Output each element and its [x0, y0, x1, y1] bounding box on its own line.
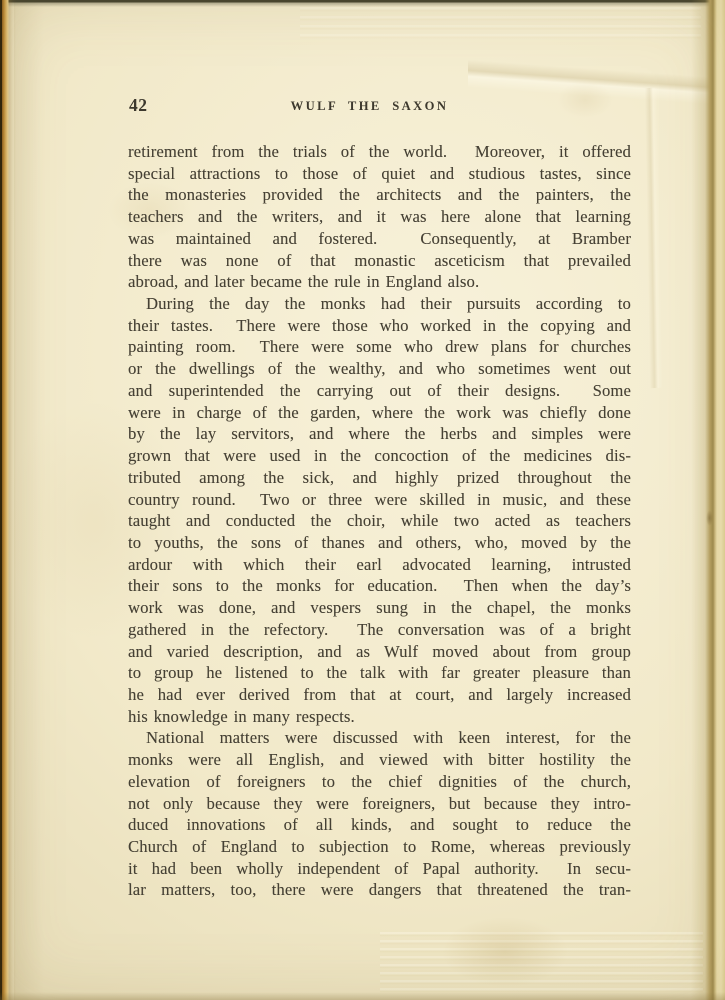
text-line: monks were all English, and viewed with …: [128, 749, 631, 771]
running-header: 42 WULF THE SAXON: [128, 97, 631, 116]
text-line: he had ever derived from that at court, …: [128, 684, 631, 706]
paragraph: retirement from the trials of the world.…: [128, 141, 631, 293]
text-line: grown that were used in the concoction o…: [128, 445, 631, 467]
text-line: National matters were discussed with kee…: [128, 727, 631, 749]
text-line: not only because they were foreigners, b…: [128, 793, 631, 815]
running-header-title: WULF THE SAXON: [128, 99, 611, 114]
text-line: his knowledge in many respects.: [128, 706, 631, 728]
text-line: the monasteries provided the architects …: [128, 184, 631, 206]
text-line: country round. Two or three were skilled…: [128, 489, 631, 511]
text-line: Church of England to subjection to Rome,…: [128, 836, 631, 858]
text-line: there was none of that monastic ascetici…: [128, 250, 631, 272]
paragraph: During the day the monks had their pursu…: [128, 293, 631, 727]
text-line: to youths, the sons of thanes and others…: [128, 532, 631, 554]
text-line: work was done, and vespers sung in the c…: [128, 597, 631, 619]
text-line: ardour with which their earl advocated l…: [128, 554, 631, 576]
page-number: 42: [129, 95, 148, 116]
book-page-scan: 42 WULF THE SAXON retirement from the tr…: [0, 0, 725, 1000]
body-text: retirement from the trials of the world.…: [128, 141, 631, 901]
text-line: During the day the monks had their pursu…: [128, 293, 631, 315]
text-line: teachers and the writers, and it was her…: [128, 206, 631, 228]
page-corner-crease: [468, 58, 725, 106]
binding-shadow: [14, 0, 44, 1000]
text-line: taught and conducted the choir, while tw…: [128, 510, 631, 532]
text-line: it had been wholly independent of Papal …: [128, 858, 631, 880]
text-line: lar matters, too, there were dangers tha…: [128, 879, 631, 901]
text-line: and superintended the carrying out of th…: [128, 380, 631, 402]
text-line: and varied description, and as Wulf move…: [128, 641, 631, 663]
text-line: tributed among the sick, and highly priz…: [128, 467, 631, 489]
text-line: duced innovations of all kinds, and soug…: [128, 814, 631, 836]
text-line: their sons to the monks for education. T…: [128, 575, 631, 597]
printed-page-content: 42 WULF THE SAXON retirement from the tr…: [128, 97, 631, 901]
text-line: special attractions to those of quiet an…: [128, 163, 631, 185]
scan-vignette: [0, 0, 725, 1000]
text-line: or the dwellings of the wealthy, and who…: [128, 358, 631, 380]
page-top-edge: [0, 0, 725, 7]
text-line: were in charge of the garden, where the …: [128, 402, 631, 424]
text-line: painting room. There were some who drew …: [128, 336, 631, 358]
page-curl-right-edge: [691, 0, 725, 1000]
text-line: retirement from the trials of the world.…: [128, 141, 631, 163]
text-line: elevation of foreigners to the chief dig…: [128, 771, 631, 793]
text-line: abroad, and later became the rule in Eng…: [128, 271, 631, 293]
text-line: to group he listened to the talk with fa…: [128, 662, 631, 684]
page-stack-streaks-bottom: [380, 932, 703, 996]
paper-stains: [0, 0, 725, 1000]
page-stack-streaks-top: [300, 7, 701, 41]
book-left-edge: [0, 0, 16, 1000]
paragraph: National matters were discussed with kee…: [128, 727, 631, 901]
text-line: gathered in the refectory. The conversat…: [128, 619, 631, 641]
page-bottom-edge: [0, 992, 725, 1000]
page-side-crease: [620, 87, 684, 389]
page-edge-nick: [706, 510, 713, 526]
text-line: their tastes. There were those who worke…: [128, 315, 631, 337]
text-line: by the lay servitors, and where the herb…: [128, 423, 631, 445]
text-line: was maintained and fostered. Consequentl…: [128, 228, 631, 250]
